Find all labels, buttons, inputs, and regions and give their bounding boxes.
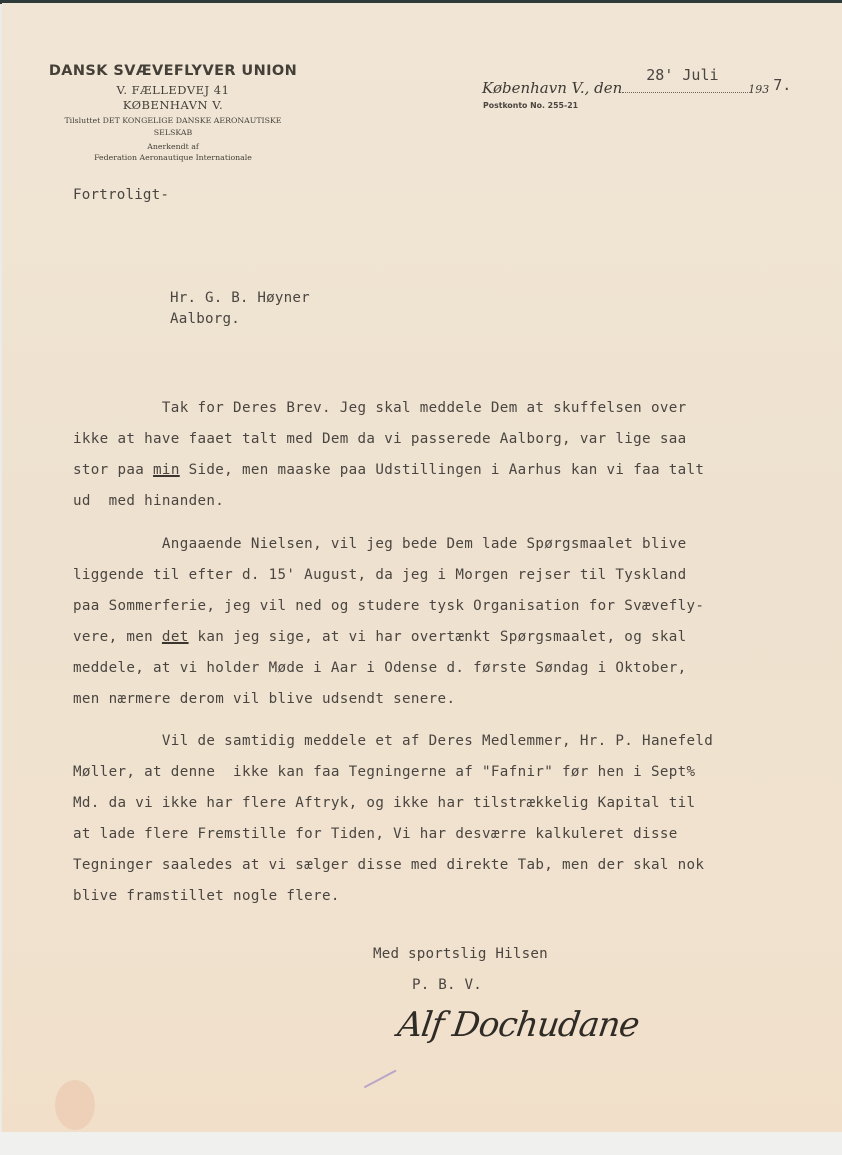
body-line: liggende til efter d. 15' August, da jeg… [73,567,687,583]
underlined-word: min [153,462,180,478]
body-line: Md. da vi ikke har flere Aftryk, og ikke… [73,795,695,811]
closing-salutation: Med sportslig Hilsen [373,946,548,962]
letterhead-affiliation: Tilsluttet DET KONGELIGE DANSKE AERONAUT… [12,116,334,125]
body-line-start: vere, men [73,629,162,645]
letterhead-affiliation-cont: SELSKAB [32,128,314,137]
year-suffix: 7. [773,76,791,94]
body-line: Angaaende Nielsen, vil jeg bede Dem lade… [73,536,687,552]
handwritten-signature: Alf Dochudane [395,1005,641,1045]
year-prefix: 193 [748,83,769,96]
body-line: Tegninger saaledes at vi sælger disse me… [73,857,704,873]
body-line: ud med hinanden. [73,493,224,509]
dateline: København V., den28' Juli1937. [482,78,791,97]
letterhead-recognition: Anerkendt af [32,142,314,151]
body-line: at lade flere Fremstille for Tiden, Vi h… [73,826,678,842]
date-fill-line: 28' Juli [622,78,748,93]
body-line-start: stor paa [73,462,153,478]
body-line: meddele, at vi holder Møde i Aar i Odens… [73,660,687,676]
paper-stain [55,1080,95,1130]
body-line: stor paa min Side, men maaske paa Udstil… [73,462,704,478]
body-line: men nærmere derom vil blive udsendt sene… [73,691,455,707]
typed-date: 28' Juli [646,66,718,84]
recipient-name: Hr. G. B. Høyner [170,290,310,306]
body-line: Tak for Deres Brev. Jeg skal meddele Dem… [73,400,687,416]
letterhead-recognition-body: Federation Aeronautique Internationale [32,153,314,162]
underlined-word: det [162,629,189,645]
body-line-rest: Side, men maaske paa Udstillingen i Aarh… [180,462,705,478]
body-line: Vil de samtidig meddele et af Deres Medl… [73,733,713,749]
recipient-city: Aalborg. [170,311,240,327]
confidential-marking: Fortroligt- [73,187,169,203]
letterhead-street: V. FÆLLEDVEJ 41 [32,83,314,97]
body-line-rest: kan jeg sige, at vi har overtænkt Spørgs… [189,629,687,645]
body-line: vere, men det kan jeg sige, at vi har ov… [73,629,687,645]
letterhead-city: KØBENHAVN V. [32,98,314,112]
postkonto: Postkonto No. 255-21 [483,101,578,110]
body-line: Møller, at denne ikke kan faa Tegningern… [73,764,695,780]
body-line: ikke at have faaet talt med Dem da vi pa… [73,431,687,447]
letterhead-organization: DANSK SVÆVEFLYVER UNION [32,63,314,79]
body-line: blive framstillet nogle flere. [73,888,340,904]
closing-pbv: P. B. V. [412,977,482,993]
scan-bottom-margin [0,1132,842,1155]
dateline-place: København V., den [482,79,622,97]
body-line: paa Sommerferie, jeg vil ned og studere … [73,598,704,614]
